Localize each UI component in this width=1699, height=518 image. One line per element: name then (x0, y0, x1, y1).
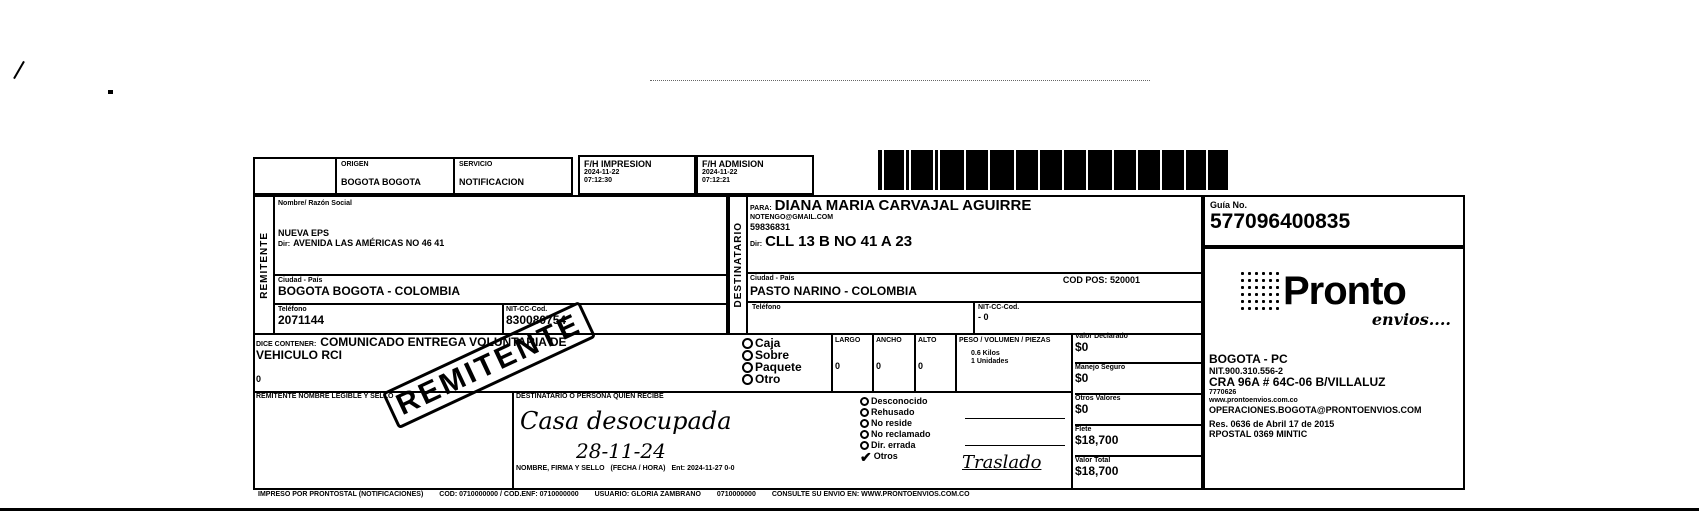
reason-no-reclamado[interactable]: No reclamado (860, 429, 931, 440)
divider (872, 335, 874, 393)
checkmark-icon: ✔ (860, 452, 872, 462)
divider (955, 335, 957, 393)
company-address: CRA 96A # 64C-06 B/VILLALUZ (1209, 376, 1459, 389)
recipient-city-value: PASTO NARINO - COLOMBIA (750, 285, 1200, 298)
sign-label: NOMBRE, FIRMA Y SELLO (516, 465, 605, 473)
ancho-value: 0 (876, 361, 916, 371)
datetime-label: (FECHA / HORA) (611, 465, 666, 473)
brand-name: Pronto (1283, 269, 1406, 314)
guide-number: 577096400835 (1210, 210, 1458, 234)
print-date-value: 2024-11-22 (584, 169, 690, 177)
footer-strip: IMPRESO POR PRONTOSTAL (NOTIFICACIONES) … (258, 491, 970, 499)
handwritten-note: Casa desocupada (520, 407, 856, 435)
recipient-nit-block: NIT-CC-Cod. - 0 (978, 304, 1019, 322)
sender-side: REMITENTE (253, 195, 275, 335)
print-date-label: F/H IMPRESION (584, 159, 690, 169)
company-box: Pronto envios.... BOGOTA - PC NIT.900.31… (1203, 247, 1465, 490)
reason-line (965, 445, 1065, 446)
sender-city-value: BOGOTA BOGOTA - COLOMBIA (278, 285, 460, 298)
value-cell-others: Otros Valores$0 (1075, 395, 1202, 426)
footer-printed-by: IMPRESO POR PRONTOSTAL (NOTIFICACIONES) (258, 491, 423, 499)
service-label: SERVICIO (459, 161, 567, 169)
company-license: RPOSTAL 0369 MINTIC (1209, 429, 1459, 439)
reason-line (965, 418, 1065, 419)
reason-no-reside[interactable]: No reside (860, 418, 931, 429)
origin-value: BOGOTA BOGOTA (341, 177, 449, 187)
recipient-side-label: DESTINATARIO (733, 222, 744, 308)
sender-name-value: NUEVA EPS (278, 228, 718, 238)
receiver-label: DESTINATARIO O PERSONA QUIEN RECIBE (516, 393, 856, 401)
footer-user: USUARIO: GLORIA ZAMBRANO (595, 491, 701, 499)
recipient-nit-value: - 0 (978, 312, 1019, 322)
divider (914, 335, 916, 393)
ancho-label: ANCHO (876, 337, 916, 345)
footer-code: COD: 0710000000 / COD.ENF: 0710000000 (439, 491, 578, 499)
handwritten-date: 28-11-24 (576, 439, 856, 463)
value-cell-total: Valor Total$18,700 (1075, 457, 1202, 486)
recipient-address-value: CLL 13 B NO 41 A 23 (765, 234, 912, 250)
recipient-id-value: 59836831 (750, 222, 1200, 232)
divider (831, 391, 1071, 393)
sender-address-value: AVENIDA LAS AMÉRICAS NO 46 41 (293, 238, 444, 248)
recipient-nit-label: NIT-CC-Cod. (978, 304, 1019, 312)
handwritten-reason: Traslado (962, 452, 1041, 473)
value-cell-freight: Flete$18,700 (1075, 426, 1202, 457)
divider (512, 393, 514, 490)
sender-name-label: Nombre/ Razón Social (278, 200, 718, 208)
recipient-phone-block: Teléfono (752, 304, 781, 312)
return-reasons: Desconocido Rehusado No reside No reclam… (860, 396, 931, 462)
alto-label: ALTO (918, 337, 958, 345)
radio-icon (742, 374, 753, 385)
largo-label: LARGO (835, 337, 875, 345)
reason-desconocido[interactable]: Desconocido (860, 396, 931, 407)
scan-noise (650, 80, 1150, 81)
values-column: Valor Declarado$0 Manejo Seguro$0 Otros … (1075, 333, 1202, 486)
radio-icon (742, 362, 753, 373)
company-phone: 7770626 (1209, 389, 1459, 397)
admission-date-label: F/H ADMISION (702, 159, 808, 169)
company-resolution: Res. 0636 de Abril 17 de 2015 (1209, 419, 1459, 429)
divider (502, 303, 504, 335)
dim-alto: ALTO 0 (918, 337, 958, 371)
divider (831, 335, 833, 393)
recipient-side: DESTINATARIO (728, 195, 748, 335)
header-origin: ORIGEN BOGOTA BOGOTA (335, 157, 455, 195)
weight-label: PESO / VOLUMEN / PIEZAS (959, 337, 1069, 345)
dim-ancho: ANCHO 0 (876, 337, 916, 371)
barcode (878, 150, 1228, 190)
scan-mark (13, 61, 25, 79)
units-value: 1 Unidades (959, 358, 1069, 366)
value-cell-handling: Manejo Seguro$0 (1075, 364, 1202, 395)
header-service: SERVICIO NOTIFICACION (453, 157, 573, 195)
header-origin-cell (253, 157, 337, 195)
recipient-postal-label: COD POS: (1063, 275, 1108, 285)
recipient-city-block: Ciudad - País COD POS: 520001 PASTO NARI… (750, 275, 1200, 298)
recipient-email-value: NOTENGO@GMAIL.COM (750, 214, 1200, 222)
page-bottom-line (0, 508, 1699, 511)
recipient-address-label: Dir: (750, 241, 762, 249)
package-type-options: Caja Sobre Paquete Otro (742, 337, 802, 385)
recipient-phone-label: Teléfono (752, 304, 781, 312)
sender-city-block: Ciudad - País BOGOTA BOGOTA - COLOMBIA (278, 277, 460, 298)
scan-mark (108, 90, 113, 94)
origin-label: ORIGEN (341, 161, 449, 169)
header-print-date: F/H IMPRESION 2024-11-22 07:12:30 (578, 155, 696, 195)
header-admission-date: F/H ADMISION 2024-11-22 07:12:21 (696, 155, 814, 195)
guide-box: Guía No. 577096400835 (1203, 195, 1465, 247)
guide-label: Guía No. (1210, 200, 1458, 210)
sender-name-block: Nombre/ Razón Social NUEVA EPS Dir: AVEN… (278, 200, 718, 272)
admission-time-value: 07:12:21 (702, 177, 808, 185)
reason-rehusado[interactable]: Rehusado (860, 407, 931, 418)
radio-icon (742, 350, 753, 361)
recipient-postal-value: 520001 (1110, 275, 1140, 285)
radio-icon (742, 338, 753, 349)
sender-phone-block: Teléfono 2071144 (278, 306, 498, 327)
sender-phone-value: 2071144 (278, 314, 498, 327)
company-branch: BOGOTA - PC (1209, 353, 1459, 366)
company-web: www.prontoenvios.com.co (1209, 397, 1459, 405)
admission-date-value: 2024-11-22 (702, 169, 808, 177)
sender-side-label: REMITENTE (259, 232, 270, 299)
company-email: OPERACIONES.BOGOTA@PRONTOENVIOS.COM (1209, 405, 1459, 415)
pronto-logo-icon (1239, 270, 1283, 314)
print-time-value: 07:12:30 (584, 177, 690, 185)
recipient-para-label: PARA: (750, 205, 772, 213)
service-value: NOTIFICACION (459, 177, 567, 187)
sender-address-label: Dir: (278, 241, 290, 249)
divider (275, 274, 728, 276)
divider (973, 301, 975, 335)
package-option-otro[interactable]: Otro (742, 373, 802, 385)
dim-largo: LARGO 0 (835, 337, 875, 391)
weight-value: 0.6 Kilos (959, 350, 1069, 358)
divider (748, 272, 1203, 274)
largo-value: 0 (835, 361, 875, 371)
receiver-box: DESTINATARIO O PERSONA QUIEN RECIBE Casa… (516, 393, 856, 490)
reason-otros[interactable]: ✔Otros (860, 451, 931, 462)
dim-weight: PESO / VOLUMEN / PIEZAS 0.6 Kilos 1 Unid… (959, 337, 1069, 366)
alto-value: 0 (918, 361, 958, 371)
footer-consult: CONSULTE SU ENVIO EN: WWW.PRONTOENVIOS.C… (772, 491, 970, 499)
recipient-name-value: DIANA MARIA CARVAJAL AGUIRRE (775, 198, 1032, 214)
footer-ref: 0710000000 (717, 491, 756, 499)
value-cell-declared: Valor Declarado$0 (1075, 333, 1202, 364)
divider (1071, 335, 1073, 490)
ent-value: Ent: 2024-11-27 0-0 (672, 465, 735, 473)
recipient-name-block: PARA: DIANA MARIA CARVAJAL AGUIRRE NOTEN… (750, 198, 1200, 250)
divider (748, 301, 1203, 303)
sender-sign-box: REMITENTE NOMBRE LEGIBLE Y SELLO (256, 393, 510, 483)
